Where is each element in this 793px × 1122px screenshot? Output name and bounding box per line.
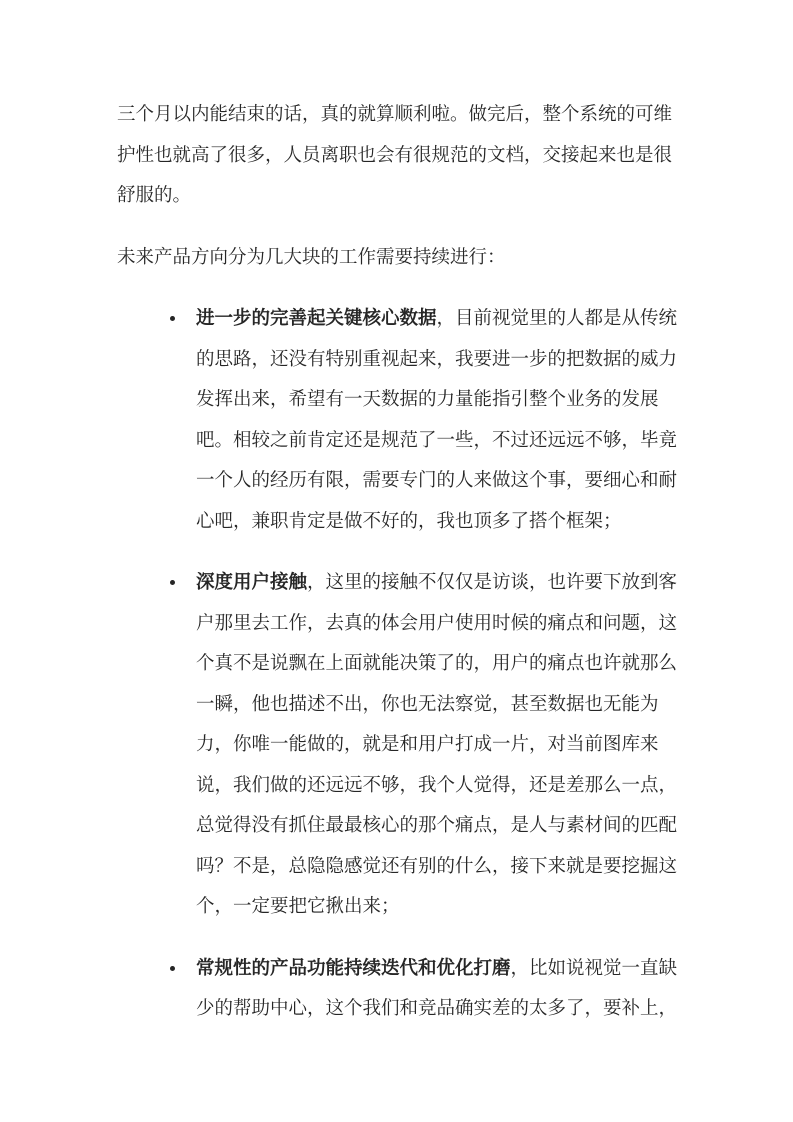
- bullet-text-core-data: ，目前视觉里的人都是从传统的思路，还没有特别重视起来，我要进一步的把数据的威力发…: [196, 307, 677, 531]
- bullet-lead-user-contact: 深度用户接触: [196, 571, 307, 592]
- paragraph-intro: 三个月以内能结束的话，真的就算顺利啦。做完后，整个系统的可维护性也就高了很多，人…: [117, 94, 678, 216]
- list-item-product-iteration: 常规性的产品功能持续迭代和优化打磨，比如说视觉一直缺少的帮助中心，这个我们和竞品…: [117, 948, 678, 1029]
- bullet-text-user-contact: ，这里的接触不仅仅是访谈，也许要下放到客户那里去工作，去真的体会用户使用时候的痛…: [196, 571, 677, 916]
- bullet-lead-product-iteration: 常规性的产品功能持续迭代和优化打磨: [196, 957, 511, 978]
- bullet-lead-core-data: 进一步的完善起关键核心数据: [196, 307, 437, 328]
- list-item-user-contact: 深度用户接触，这里的接触不仅仅是访谈，也许要下放到客户那里去工作，去真的体会用户…: [117, 562, 678, 927]
- paragraph-future-direction: 未来产品方向分为几大块的工作需要持续进行：: [117, 237, 678, 278]
- document-content: 三个月以内能结束的话，真的就算顺利啦。做完后，整个系统的可维护性也就高了很多，人…: [117, 94, 678, 1050]
- list-item-core-data: 进一步的完善起关键核心数据，目前视觉里的人都是从传统的思路，还没有特别重视起来，…: [117, 298, 678, 541]
- document-page: 三个月以内能结束的话，真的就算顺利啦。做完后，整个系统的可维护性也就高了很多，人…: [0, 0, 793, 1122]
- bullet-list: 进一步的完善起关键核心数据，目前视觉里的人都是从传统的思路，还没有特别重视起来，…: [117, 298, 678, 1029]
- bullet-icon: [170, 316, 175, 321]
- bullet-icon: [170, 966, 175, 971]
- bullet-icon: [170, 580, 175, 585]
